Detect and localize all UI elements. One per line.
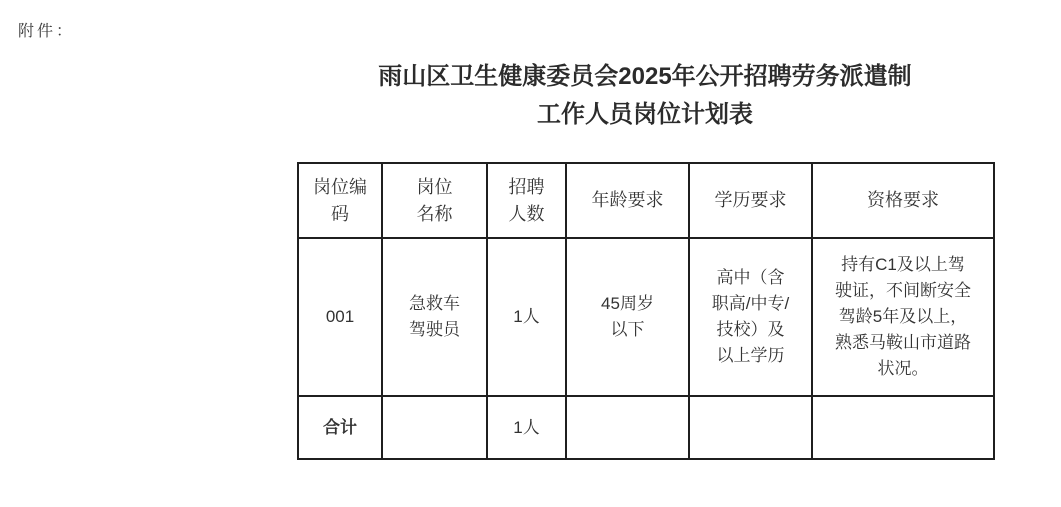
header-qualification-requirement: 资格要求 <box>812 163 994 238</box>
cell-total-count: 1人 <box>487 396 566 459</box>
cell-total-empty-education <box>689 396 812 459</box>
table-row: 001 急救车 驾驶员 1人 45周岁 以下 高中（含 职高/中专/ 技校）及 … <box>298 238 994 396</box>
document-page: 附件： 雨山区卫生健康委员会2025年公开招聘劳务派遣制 工作人员岗位计划表 岗… <box>0 0 1061 507</box>
cell-total-empty-qualification <box>812 396 994 459</box>
header-education-requirement: 学历要求 <box>689 163 812 238</box>
attachment-label: 附件： <box>18 18 75 41</box>
cell-total-empty-age <box>566 396 689 459</box>
table-total-row: 合计 1人 <box>298 396 994 459</box>
header-recruit-count: 招聘 人数 <box>487 163 566 238</box>
cell-qualification-requirement: 持有C1及以上驾 驶证，不间断安全 驾龄5年及以上， 熟悉马鞍山市道路 状况。 <box>812 238 994 396</box>
title-line-1: 雨山区卫生健康委员会2025年公开招聘劳务派遣制 <box>297 58 993 96</box>
table-header-row: 岗位编 码 岗位 名称 招聘 人数 年龄要求 学历要求 资格要求 <box>298 163 994 238</box>
header-position-name: 岗位 名称 <box>382 163 487 238</box>
document-title: 雨山区卫生健康委员会2025年公开招聘劳务派遣制 工作人员岗位计划表 <box>297 58 993 134</box>
header-position-code: 岗位编 码 <box>298 163 382 238</box>
cell-position-name: 急救车 驾驶员 <box>382 238 487 396</box>
cell-position-code: 001 <box>298 238 382 396</box>
position-plan-table: 岗位编 码 岗位 名称 招聘 人数 年龄要求 学历要求 资格要求 001 急救车… <box>297 162 995 460</box>
cell-total-empty-name <box>382 396 487 459</box>
cell-recruit-count: 1人 <box>487 238 566 396</box>
cell-age-requirement: 45周岁 以下 <box>566 238 689 396</box>
cell-total-label: 合计 <box>298 396 382 459</box>
title-line-2: 工作人员岗位计划表 <box>297 96 993 134</box>
header-age-requirement: 年龄要求 <box>566 163 689 238</box>
cell-education-requirement: 高中（含 职高/中专/ 技校）及 以上学历 <box>689 238 812 396</box>
